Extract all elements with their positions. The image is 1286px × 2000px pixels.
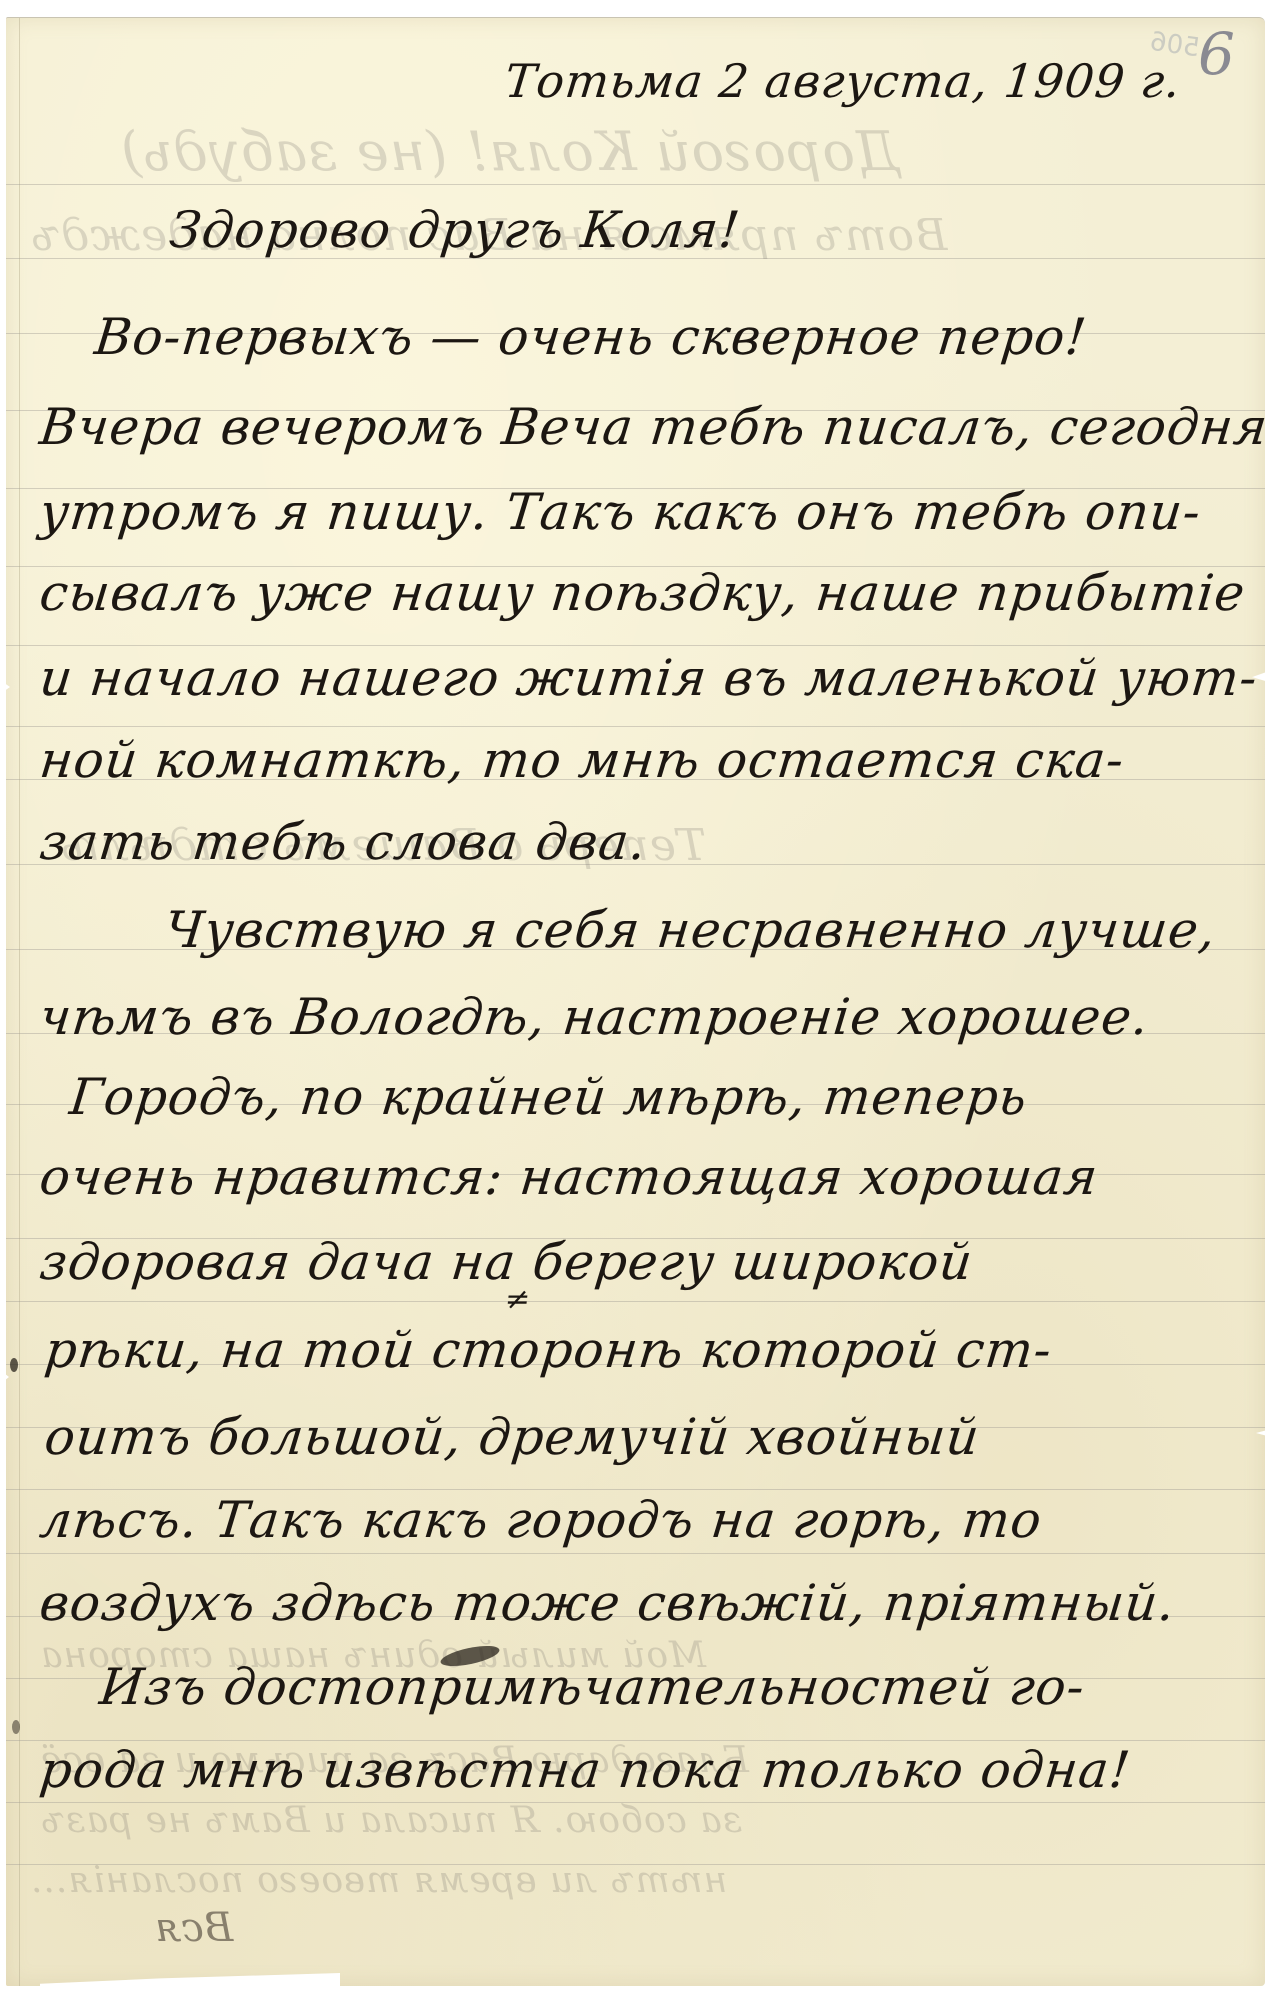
- letter-line: лѣсъ. Такъ какъ городъ на горѣ, то: [37, 1495, 1044, 1545]
- letter-line: рода мнѣ извѣстна пока только одна!: [37, 1745, 1133, 1795]
- letter-line: ной комнаткѣ, то мнѣ остается ска-: [37, 735, 1126, 785]
- ink-blot: [10, 1358, 18, 1372]
- rule-line: [6, 1489, 1265, 1490]
- letter-line: утромъ я пишу. Такъ какъ онъ тебѣ опи-: [37, 487, 1203, 537]
- letter-line: Изъ достопримѣчательностей го-: [97, 1662, 1087, 1712]
- ink-blot: [12, 1720, 20, 1734]
- letter-line: Во-первыхъ — очень скверное перо!: [92, 312, 1089, 362]
- letter-line: зать тебѣ слова два.: [37, 817, 649, 867]
- letter-line: воздухъ здѣсь тоже свѣжій, пріятный.: [37, 1578, 1177, 1628]
- rule-line: [6, 1553, 1265, 1554]
- letter-line: Чувствую я себя несравненно лучше,: [162, 905, 1218, 955]
- letter-line: и начало нашего житія въ маленькой уют-: [37, 653, 1260, 703]
- letter-line: Вчера вечеромъ Веча тебѣ писалъ, сегодня: [37, 402, 1270, 452]
- rule-line: [6, 184, 1265, 185]
- bleed-through-text: за собою. Я писала и Вамъ не разъ: [40, 1800, 742, 1841]
- letter-line: здоровая дача на берегу широкой: [37, 1237, 975, 1287]
- bleed-through-text: Дорогой Коля! (не забудь): [120, 120, 900, 183]
- rule-line: [6, 1301, 1265, 1302]
- margin-line: [19, 18, 20, 1986]
- page-number: 6: [1198, 20, 1235, 88]
- letter-line: Городъ, по крайней мѣрѣ, теперь: [67, 1072, 1030, 1122]
- greeting: Здорово другъ Коля!: [167, 205, 742, 255]
- insertion-mark: ≠: [503, 1285, 532, 1315]
- letter-line: чѣмъ въ Вологдѣ, настроеніе хорошее.: [37, 992, 1151, 1042]
- rule-line: [6, 645, 1265, 646]
- place-date: Тотьма 2 августа, 1909 г.: [503, 58, 1184, 104]
- letter-line: рѣки, на той сторонѣ которой ст-: [42, 1325, 1054, 1375]
- letter-line: сывалъ уже нашу поѣздку, наше прибытіе: [37, 568, 1248, 618]
- bleed-through-text: нѣтъ ли время твоего посланія...: [30, 1860, 727, 1901]
- rule-line: [6, 726, 1265, 727]
- letter-line: оитъ большой, дремучій хвойный: [42, 1412, 982, 1462]
- signature-bleed: Вся: [155, 1905, 233, 1951]
- letter-line: очень нравится: настоящая хорошая: [37, 1152, 1100, 1202]
